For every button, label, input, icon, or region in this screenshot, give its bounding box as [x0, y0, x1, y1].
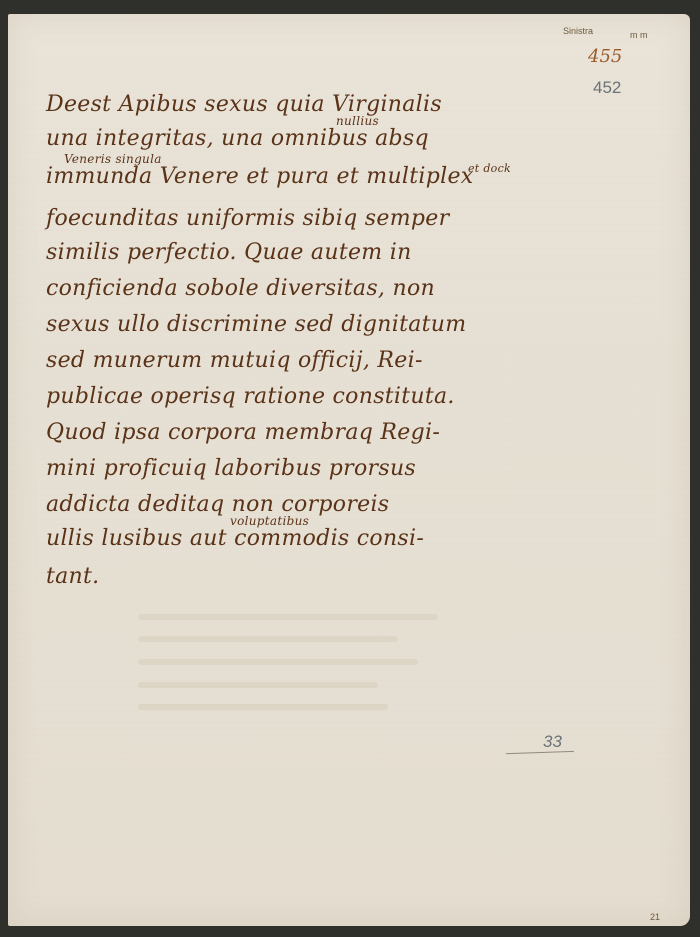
text-line-1: Deest Apibus sexus quia Virginalis: [46, 92, 442, 117]
marginal-label-right: m m: [630, 30, 648, 40]
text-line-11: mini proficuiq laboribus prorsus: [46, 456, 416, 481]
paper-sheet: Sinistra m m 455 452 et dock Deest Apibu…: [8, 14, 690, 926]
bleed-through-line: [138, 682, 378, 688]
text-line-5: similis perfectio. Quae autem in: [46, 240, 412, 265]
text-line-12: addicta deditaq non corporeis: [46, 492, 389, 517]
text-line-14: tant.: [46, 564, 99, 589]
corner-number: 21: [650, 912, 660, 922]
text-line-2: una integritas, una omnibus absq: [46, 126, 429, 151]
text-line-7: sexus ullo discrimine sed dignitatum: [46, 312, 466, 337]
bleed-through-line: [138, 704, 388, 710]
ink-folio-number: 455: [588, 46, 622, 67]
bleed-through-line: [138, 659, 418, 665]
text-line-8: sed munerum mutuiq officij, Rei-: [46, 348, 423, 373]
text-line-3-content: immunda Venere et pura et multiplex: [46, 164, 473, 189]
marginal-label-left: Sinistra: [563, 26, 593, 36]
margin-note: et dock: [468, 162, 511, 175]
text-line-3: immunda Venere et pura et multiplex: [46, 164, 473, 189]
text-line-6: conficienda sobole diversitas, non: [46, 276, 435, 301]
pencil-underline: [506, 751, 574, 754]
pencil-folio-number: 452: [593, 78, 621, 98]
text-line-13: ullis lusibus aut commodis consi-: [46, 526, 424, 551]
text-line-9: publicae operisq ratione constituta.: [46, 384, 455, 409]
text-line-4: foecunditas uniformis sibiq semper: [46, 206, 449, 231]
bleed-through-line: [138, 614, 438, 620]
bleed-through-line: [138, 636, 398, 642]
manuscript-scan: Sinistra m m 455 452 et dock Deest Apibu…: [0, 0, 700, 937]
pencil-page-number: 33: [543, 732, 562, 752]
text-line-10: Quod ipsa corpora membraq Regi-: [46, 420, 440, 445]
